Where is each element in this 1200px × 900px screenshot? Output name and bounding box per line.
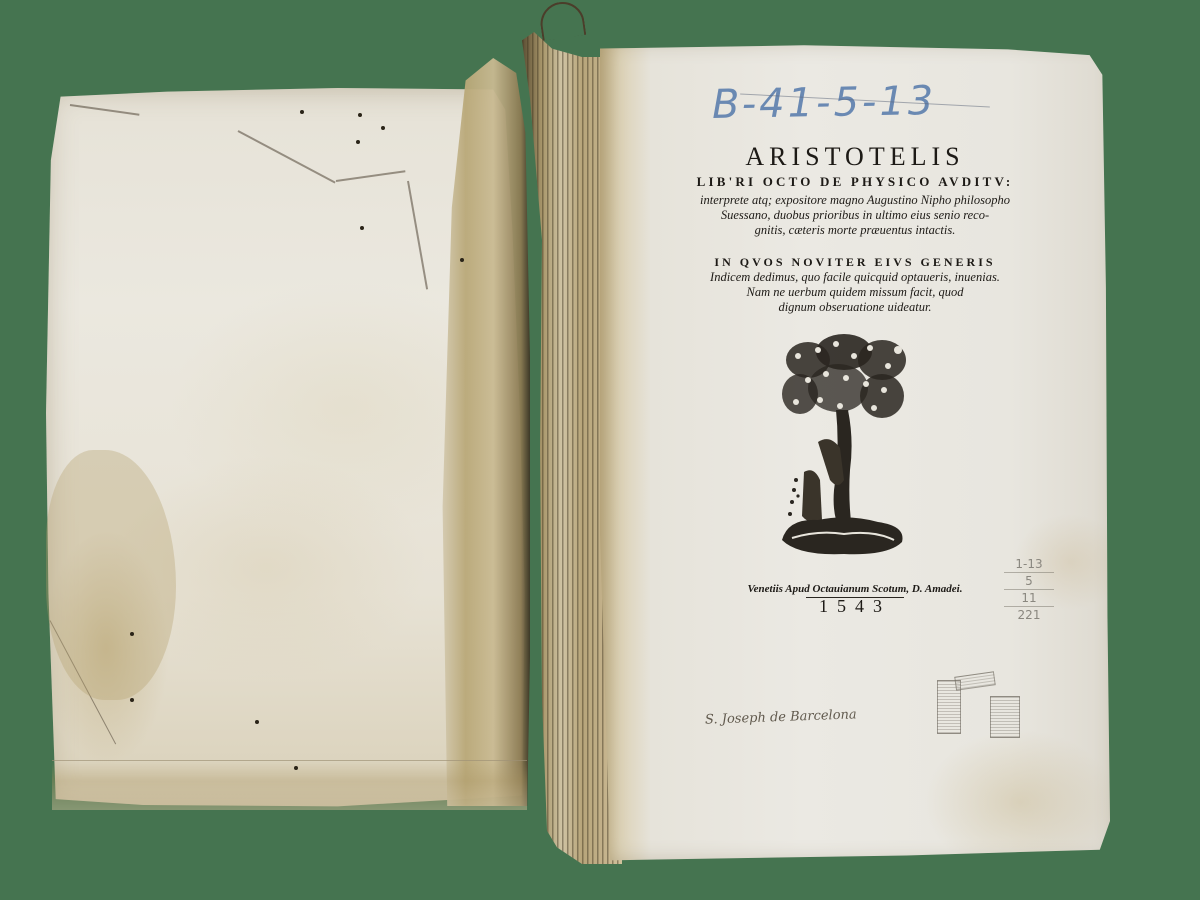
body-line: Suessano, duobus prioribus in ultimo eiu… bbox=[600, 208, 1110, 223]
index-statement: Indicem dedimus, quo facile quicquid opt… bbox=[600, 270, 1110, 315]
wormhole bbox=[381, 126, 385, 130]
book-subtitle: LIB'RI OCTO DE PHYSICO AVDITV: bbox=[600, 174, 1110, 190]
wormhole bbox=[300, 110, 304, 114]
wormhole bbox=[294, 766, 298, 770]
translator-statement: interprete atq; expositore magno Augusti… bbox=[600, 193, 1110, 238]
pencil-note: 5 bbox=[1004, 573, 1054, 590]
book-title: ARISTOTELIS bbox=[600, 142, 1110, 172]
body-line: Indicem dedimus, quo facile quicquid opt… bbox=[600, 270, 1110, 285]
body-line: Nam ne uerbum quidem missum facit, quod bbox=[600, 285, 1110, 300]
wormhole bbox=[460, 258, 464, 262]
wormhole bbox=[130, 632, 134, 636]
wormhole bbox=[255, 720, 259, 724]
wormhole bbox=[360, 226, 364, 230]
pencil-note: 1-13 bbox=[1004, 556, 1054, 573]
library-stamp bbox=[990, 696, 1020, 738]
body-line: dignum obseruatione uideatur. bbox=[600, 300, 1110, 315]
pencil-shelfmarks: 1-13 5 11 221 bbox=[1004, 556, 1054, 623]
pencil-note: 221 bbox=[1004, 607, 1054, 623]
index-heading: IN QVOS NOVITER EIVS GENERIS bbox=[600, 255, 1110, 270]
body-line: interprete atq; expositore magno Augusti… bbox=[600, 193, 1110, 208]
pencil-note: 11 bbox=[1004, 590, 1054, 607]
wormhole bbox=[358, 113, 362, 117]
wormhole bbox=[130, 698, 134, 702]
body-line: gnitis, cæteris morte præuentus intactis… bbox=[600, 223, 1110, 238]
wormhole bbox=[356, 140, 360, 144]
binding-thread bbox=[538, 0, 587, 41]
printers-device-tree-icon bbox=[778, 330, 910, 558]
cover-bottom-fold bbox=[52, 760, 527, 810]
